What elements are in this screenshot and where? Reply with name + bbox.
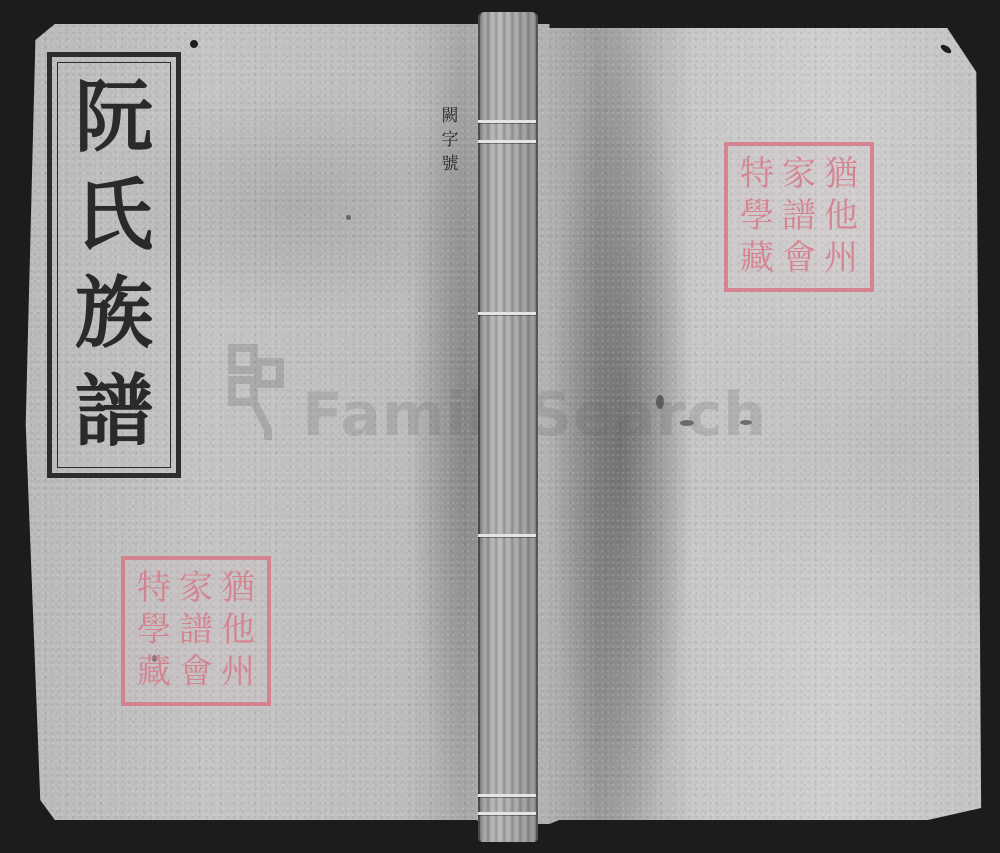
seal-char: 藏 bbox=[133, 652, 175, 694]
scanned-document: FamilySearch 阮 氏 族 譜 闕 字 號 猶 他 州 家 譜 會 特… bbox=[0, 0, 1000, 853]
volume-mark-char: 字 bbox=[442, 128, 459, 152]
title-char: 阮 bbox=[75, 73, 153, 163]
library-seal-right: 猶 他 州 家 譜 會 特 學 藏 bbox=[724, 142, 874, 292]
seal-char: 家 bbox=[778, 154, 820, 196]
binding-thread bbox=[478, 794, 536, 797]
title-char: 族 bbox=[75, 269, 153, 359]
title-label: 阮 氏 族 譜 bbox=[47, 52, 181, 478]
seal-char: 家 bbox=[175, 568, 217, 610]
binding-thread bbox=[478, 534, 536, 537]
volume-mark: 闕 字 號 bbox=[440, 104, 460, 176]
ink-stain bbox=[740, 420, 752, 425]
title-char: 氏 bbox=[75, 171, 153, 261]
seal-char: 學 bbox=[736, 196, 778, 238]
binding-thread bbox=[478, 120, 536, 123]
seal-char: 會 bbox=[175, 652, 217, 694]
seal-char: 猶 bbox=[217, 568, 259, 610]
ink-stain bbox=[346, 215, 351, 220]
seal-char: 他 bbox=[217, 610, 259, 652]
seal-char: 譜 bbox=[778, 196, 820, 238]
seal-char: 譜 bbox=[175, 610, 217, 652]
worm-hole bbox=[190, 40, 198, 48]
seal-char: 特 bbox=[133, 568, 175, 610]
seal-char: 州 bbox=[217, 652, 259, 694]
volume-mark-char: 闕 bbox=[442, 104, 459, 128]
seal-char: 特 bbox=[736, 154, 778, 196]
seal-char: 州 bbox=[820, 238, 862, 280]
seal-char: 學 bbox=[133, 610, 175, 652]
seal-char: 藏 bbox=[736, 238, 778, 280]
book-spine bbox=[478, 12, 538, 842]
ink-stain bbox=[656, 395, 664, 409]
seal-char: 猶 bbox=[820, 154, 862, 196]
binding-thread bbox=[478, 312, 536, 315]
seal-char: 他 bbox=[820, 196, 862, 238]
library-seal-left: 猶 他 州 家 譜 會 特 學 藏 bbox=[121, 556, 271, 706]
seal-char: 會 bbox=[778, 238, 820, 280]
ink-stain bbox=[680, 420, 694, 426]
title-char: 譜 bbox=[75, 367, 153, 457]
binding-thread bbox=[478, 140, 536, 143]
volume-mark-char: 號 bbox=[442, 152, 459, 176]
title-label-inner: 阮 氏 族 譜 bbox=[57, 62, 171, 468]
binding-thread bbox=[478, 812, 536, 815]
